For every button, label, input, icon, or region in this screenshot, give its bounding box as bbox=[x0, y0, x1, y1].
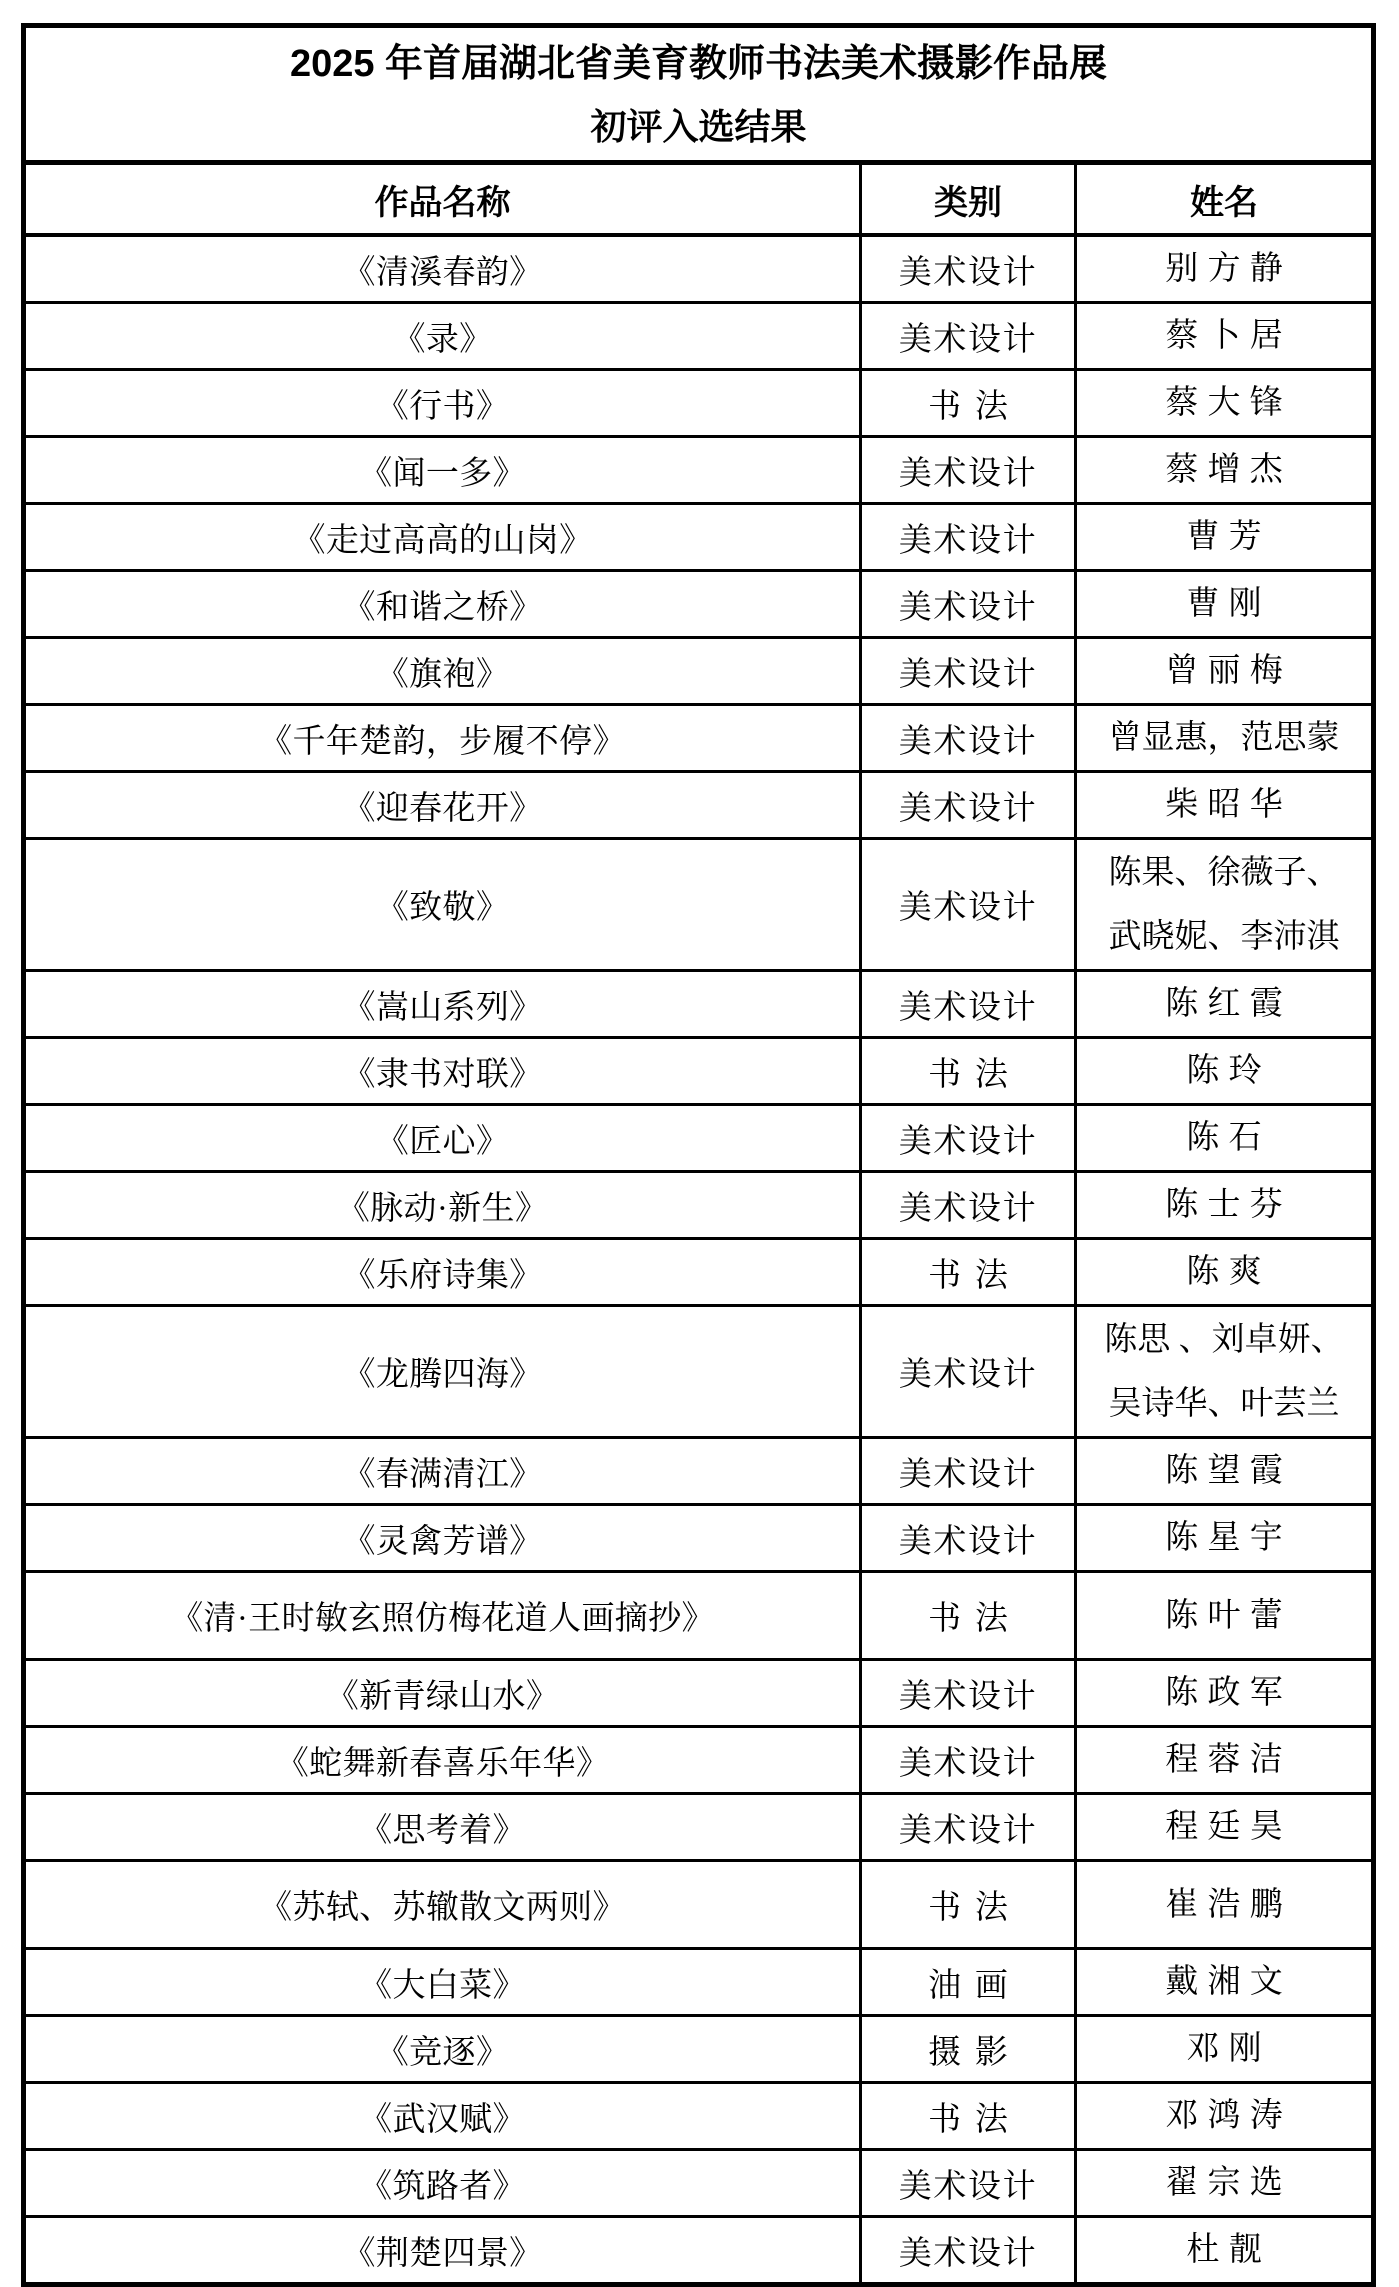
work-title-cell: 《清溪春韵》 bbox=[24, 235, 861, 303]
name-cell: 陈士芬 bbox=[1076, 1172, 1374, 1239]
category-cell: 美术设计 bbox=[861, 2150, 1076, 2217]
table-body: 《清溪春韵》 美术设计 别方静 《录》 美术设计 蔡卜居 《行书》 书法 蔡大锋… bbox=[24, 235, 1374, 2285]
category-cell: 美术设计 bbox=[861, 1438, 1076, 1505]
category-label: 美术设计 bbox=[899, 2227, 1038, 2274]
table-row: 《隶书对联》 书法 陈玲 bbox=[24, 1038, 1374, 1105]
name-label: 曹刚 bbox=[1186, 572, 1270, 636]
work-title-cell: 《清·王时敏玄照仿梅花道人画摘抄》 bbox=[24, 1572, 861, 1660]
category-label: 书法 bbox=[928, 2093, 1022, 2140]
table-row: 《脉动·新生》 美术设计 陈士芬 bbox=[24, 1172, 1374, 1239]
name-cell: 曾丽梅 bbox=[1076, 638, 1374, 705]
category-label: 美术设计 bbox=[899, 1182, 1038, 1229]
column-header-category: 类别 bbox=[861, 163, 1076, 236]
category-label: 油画 bbox=[928, 1959, 1022, 2006]
work-title-cell: 《走过高高的山岗》 bbox=[24, 504, 861, 571]
category-cell: 摄影 bbox=[861, 2016, 1076, 2083]
name-label: 程廷昊 bbox=[1165, 1795, 1292, 1859]
table-head: 2025 年首届湖北省美育教师书法美术摄影作品展 初评入选结果 作品名称 类别 … bbox=[24, 26, 1374, 236]
category-label: 美术设计 bbox=[899, 2160, 1038, 2207]
name-label: 崔浩鹏 bbox=[1165, 1873, 1292, 1937]
category-label: 书法 bbox=[928, 1592, 1022, 1639]
name-label: 陈爽 bbox=[1186, 1240, 1270, 1304]
name-cell: 蔡大锋 bbox=[1076, 370, 1374, 437]
category-label: 美术设计 bbox=[899, 581, 1038, 628]
category-cell: 美术设计 bbox=[861, 839, 1076, 971]
name-cell: 程廷昊 bbox=[1076, 1794, 1374, 1861]
work-title-cell: 《春满清江》 bbox=[24, 1438, 861, 1505]
table-row: 《新青绿山水》 美术设计 陈政军 bbox=[24, 1660, 1374, 1727]
category-cell: 美术设计 bbox=[861, 1306, 1076, 1438]
category-cell: 美术设计 bbox=[861, 437, 1076, 504]
category-cell: 美术设计 bbox=[861, 235, 1076, 303]
name-cell: 陈玲 bbox=[1076, 1038, 1374, 1105]
category-label: 美术设计 bbox=[899, 1804, 1038, 1851]
name-cell: 陈思 、刘卓妍、 吴诗华、叶芸兰 bbox=[1076, 1306, 1374, 1438]
name-cell: 蔡增杰 bbox=[1076, 437, 1374, 504]
category-label: 书法 bbox=[928, 1881, 1022, 1928]
category-cell: 油画 bbox=[861, 1949, 1076, 2016]
name-label: 邓鸿涛 bbox=[1165, 2084, 1292, 2148]
column-header-work: 作品名称 bbox=[24, 163, 861, 236]
document-title: 2025 年首届湖北省美育教师书法美术摄影作品展 初评入选结果 bbox=[24, 26, 1374, 163]
category-cell: 美术设计 bbox=[861, 1172, 1076, 1239]
name-cell: 翟宗选 bbox=[1076, 2150, 1374, 2217]
work-title-cell: 《行书》 bbox=[24, 370, 861, 437]
category-label: 书法 bbox=[928, 1048, 1022, 1095]
category-cell: 美术设计 bbox=[861, 1660, 1076, 1727]
name-label: 翟宗选 bbox=[1165, 2151, 1292, 2215]
table-row: 《龙腾四海》 美术设计 陈思 、刘卓妍、 吴诗华、叶芸兰 bbox=[24, 1306, 1374, 1438]
category-label: 摄影 bbox=[928, 2026, 1022, 2073]
document-page: 2025 年首届湖北省美育教师书法美术摄影作品展 初评入选结果 作品名称 类别 … bbox=[0, 0, 1399, 2218]
table-row: 《筑路者》 美术设计 翟宗选 bbox=[24, 2150, 1374, 2217]
name-cell: 柴昭华 bbox=[1076, 772, 1374, 839]
work-title-cell: 《思考着》 bbox=[24, 1794, 861, 1861]
category-cell: 美术设计 bbox=[861, 571, 1076, 638]
work-title-cell: 《迎春花开》 bbox=[24, 772, 861, 839]
work-title-cell: 《录》 bbox=[24, 303, 861, 370]
work-title-cell: 《竞逐》 bbox=[24, 2016, 861, 2083]
name-cell: 戴湘文 bbox=[1076, 1949, 1374, 2016]
category-cell: 书法 bbox=[861, 370, 1076, 437]
table-row: 《行书》 书法 蔡大锋 bbox=[24, 370, 1374, 437]
category-cell: 美术设计 bbox=[861, 772, 1076, 839]
title-line-2: 初评入选结果 bbox=[26, 97, 1371, 157]
name-cell: 曹芳 bbox=[1076, 504, 1374, 571]
name-cell: 陈星宇 bbox=[1076, 1505, 1374, 1572]
name-label: 程蓉洁 bbox=[1165, 1728, 1292, 1792]
category-label: 美术设计 bbox=[899, 514, 1038, 561]
name-cell: 邓刚 bbox=[1076, 2016, 1374, 2083]
category-label: 美术设计 bbox=[899, 447, 1038, 494]
work-title-cell: 《嵩山系列》 bbox=[24, 971, 861, 1038]
category-label: 书法 bbox=[928, 1249, 1022, 1296]
table-row: 《竞逐》 摄影 邓刚 bbox=[24, 2016, 1374, 2083]
work-title-cell: 《筑路者》 bbox=[24, 2150, 861, 2217]
work-title-cell: 《荆楚四景》 bbox=[24, 2217, 861, 2285]
name-label: 陈玲 bbox=[1186, 1039, 1270, 1103]
name-cell: 崔浩鹏 bbox=[1076, 1861, 1374, 1949]
category-label: 美术设计 bbox=[899, 1670, 1038, 1717]
name-cell: 程蓉洁 bbox=[1076, 1727, 1374, 1794]
category-cell: 美术设计 bbox=[861, 1105, 1076, 1172]
name-label: 陈政军 bbox=[1165, 1661, 1292, 1725]
title-row: 2025 年首届湖北省美育教师书法美术摄影作品展 初评入选结果 bbox=[24, 26, 1374, 163]
name-cell: 杜靓 bbox=[1076, 2217, 1374, 2285]
category-label: 美术设计 bbox=[899, 1448, 1038, 1495]
name-label: 陈星宇 bbox=[1165, 1506, 1292, 1570]
work-title-cell: 《闻一多》 bbox=[24, 437, 861, 504]
name-label: 陈望霞 bbox=[1165, 1439, 1292, 1503]
work-title-cell: 《脉动·新生》 bbox=[24, 1172, 861, 1239]
category-cell: 美术设计 bbox=[861, 1794, 1076, 1861]
name-cell: 曹刚 bbox=[1076, 571, 1374, 638]
category-label: 美术设计 bbox=[899, 782, 1038, 829]
name-label: 蔡大锋 bbox=[1165, 371, 1292, 435]
name-cell: 曾显惠，范思蒙 bbox=[1076, 705, 1374, 772]
name-label: 邓刚 bbox=[1186, 2017, 1270, 2081]
table-row: 《致敬》 美术设计 陈果、徐薇子、 武晓妮、李沛淇 bbox=[24, 839, 1374, 971]
category-label: 美术设计 bbox=[899, 1115, 1038, 1162]
category-cell: 美术设计 bbox=[861, 971, 1076, 1038]
table-row: 《蛇舞新春喜乐年华》 美术设计 程蓉洁 bbox=[24, 1727, 1374, 1794]
category-cell: 美术设计 bbox=[861, 303, 1076, 370]
category-label: 美术设计 bbox=[899, 715, 1038, 762]
name-cell: 陈叶蕾 bbox=[1076, 1572, 1374, 1660]
work-title-cell: 《新青绿山水》 bbox=[24, 1660, 861, 1727]
category-label: 美术设计 bbox=[899, 1737, 1038, 1784]
name-label: 陈士芬 bbox=[1165, 1173, 1292, 1237]
category-cell: 美术设计 bbox=[861, 504, 1076, 571]
work-title-cell: 《大白菜》 bbox=[24, 1949, 861, 2016]
work-title-cell: 《灵禽芳谱》 bbox=[24, 1505, 861, 1572]
name-label: 陈思 、刘卓妍、 吴诗华、叶芸兰 bbox=[1104, 1308, 1343, 1436]
category-cell: 美术设计 bbox=[861, 1505, 1076, 1572]
work-title-cell: 《千年楚韵，步履不停》 bbox=[24, 705, 861, 772]
table-row: 《大白菜》 油画 戴湘文 bbox=[24, 1949, 1374, 2016]
table-row: 《嵩山系列》 美术设计 陈红霞 bbox=[24, 971, 1374, 1038]
name-label: 陈叶蕾 bbox=[1165, 1584, 1292, 1648]
results-table: 2025 年首届湖北省美育教师书法美术摄影作品展 初评入选结果 作品名称 类别 … bbox=[21, 23, 1376, 2287]
name-cell: 别方静 bbox=[1076, 235, 1374, 303]
name-cell: 邓鸿涛 bbox=[1076, 2083, 1374, 2150]
name-label: 陈石 bbox=[1186, 1106, 1270, 1170]
work-title-cell: 《匠心》 bbox=[24, 1105, 861, 1172]
name-cell: 蔡卜居 bbox=[1076, 303, 1374, 370]
table-row: 《乐府诗集》 书法 陈爽 bbox=[24, 1239, 1374, 1306]
name-label: 蔡卜居 bbox=[1165, 304, 1292, 368]
name-label: 别方静 bbox=[1165, 237, 1292, 301]
category-cell: 美术设计 bbox=[861, 705, 1076, 772]
table-row: 《灵禽芳谱》 美术设计 陈星宇 bbox=[24, 1505, 1374, 1572]
name-cell: 陈爽 bbox=[1076, 1239, 1374, 1306]
table-row: 《闻一多》 美术设计 蔡增杰 bbox=[24, 437, 1374, 504]
table-row: 《录》 美术设计 蔡卜居 bbox=[24, 303, 1374, 370]
category-label: 美术设计 bbox=[899, 648, 1038, 695]
name-label: 杜靓 bbox=[1186, 2218, 1270, 2282]
category-cell: 书法 bbox=[861, 1861, 1076, 1949]
column-header-row: 作品名称 类别 姓名 bbox=[24, 163, 1374, 236]
name-cell: 陈红霞 bbox=[1076, 971, 1374, 1038]
name-cell: 陈望霞 bbox=[1076, 1438, 1374, 1505]
work-title-cell: 《苏轼、苏辙散文两则》 bbox=[24, 1861, 861, 1949]
category-label: 书法 bbox=[928, 380, 1022, 427]
name-label: 曾显惠，范思蒙 bbox=[1109, 706, 1340, 770]
name-label: 陈果、徐薇子、 武晓妮、李沛淇 bbox=[1109, 841, 1340, 969]
work-title-cell: 《蛇舞新春喜乐年华》 bbox=[24, 1727, 861, 1794]
category-cell: 美术设计 bbox=[861, 1727, 1076, 1794]
category-label: 美术设计 bbox=[899, 881, 1038, 928]
work-title-cell: 《乐府诗集》 bbox=[24, 1239, 861, 1306]
category-cell: 书法 bbox=[861, 1572, 1076, 1660]
category-cell: 书法 bbox=[861, 1239, 1076, 1306]
category-label: 美术设计 bbox=[899, 1515, 1038, 1562]
table-row: 《思考着》 美术设计 程廷昊 bbox=[24, 1794, 1374, 1861]
table-row: 《匠心》 美术设计 陈石 bbox=[24, 1105, 1374, 1172]
column-header-name: 姓名 bbox=[1076, 163, 1374, 236]
name-label: 曹芳 bbox=[1186, 505, 1270, 569]
category-label: 美术设计 bbox=[899, 1348, 1038, 1395]
title-line-1: 2025 年首届湖北省美育教师书法美术摄影作品展 bbox=[26, 31, 1371, 97]
table-row: 《清·王时敏玄照仿梅花道人画摘抄》 书法 陈叶蕾 bbox=[24, 1572, 1374, 1660]
category-label: 美术设计 bbox=[899, 981, 1038, 1028]
work-title-cell: 《致敬》 bbox=[24, 839, 861, 971]
work-title-cell: 《龙腾四海》 bbox=[24, 1306, 861, 1438]
category-label: 美术设计 bbox=[899, 246, 1038, 293]
work-title-cell: 《和谐之桥》 bbox=[24, 571, 861, 638]
table-row: 《春满清江》 美术设计 陈望霞 bbox=[24, 1438, 1374, 1505]
name-label: 戴湘文 bbox=[1165, 1950, 1292, 2014]
table-row: 《苏轼、苏辙散文两则》 书法 崔浩鹏 bbox=[24, 1861, 1374, 1949]
table-row: 《迎春花开》 美术设计 柴昭华 bbox=[24, 772, 1374, 839]
category-cell: 美术设计 bbox=[861, 638, 1076, 705]
category-label: 美术设计 bbox=[899, 313, 1038, 360]
table-row: 《千年楚韵，步履不停》 美术设计 曾显惠，范思蒙 bbox=[24, 705, 1374, 772]
work-title-cell: 《武汉赋》 bbox=[24, 2083, 861, 2150]
table-row: 《武汉赋》 书法 邓鸿涛 bbox=[24, 2083, 1374, 2150]
table-row: 《清溪春韵》 美术设计 别方静 bbox=[24, 235, 1374, 303]
name-cell: 陈政军 bbox=[1076, 1660, 1374, 1727]
name-cell: 陈石 bbox=[1076, 1105, 1374, 1172]
table-row: 《和谐之桥》 美术设计 曹刚 bbox=[24, 571, 1374, 638]
name-label: 柴昭华 bbox=[1165, 773, 1292, 837]
work-title-cell: 《旗袍》 bbox=[24, 638, 861, 705]
table-row: 《旗袍》 美术设计 曾丽梅 bbox=[24, 638, 1374, 705]
name-label: 曾丽梅 bbox=[1165, 639, 1292, 703]
category-cell: 书法 bbox=[861, 1038, 1076, 1105]
category-cell: 书法 bbox=[861, 2083, 1076, 2150]
name-label: 陈红霞 bbox=[1165, 972, 1292, 1036]
name-label: 蔡增杰 bbox=[1165, 438, 1292, 502]
category-cell: 美术设计 bbox=[861, 2217, 1076, 2285]
name-cell: 陈果、徐薇子、 武晓妮、李沛淇 bbox=[1076, 839, 1374, 971]
table-row: 《荆楚四景》 美术设计 杜靓 bbox=[24, 2217, 1374, 2285]
table-row: 《走过高高的山岗》 美术设计 曹芳 bbox=[24, 504, 1374, 571]
work-title-cell: 《隶书对联》 bbox=[24, 1038, 861, 1105]
